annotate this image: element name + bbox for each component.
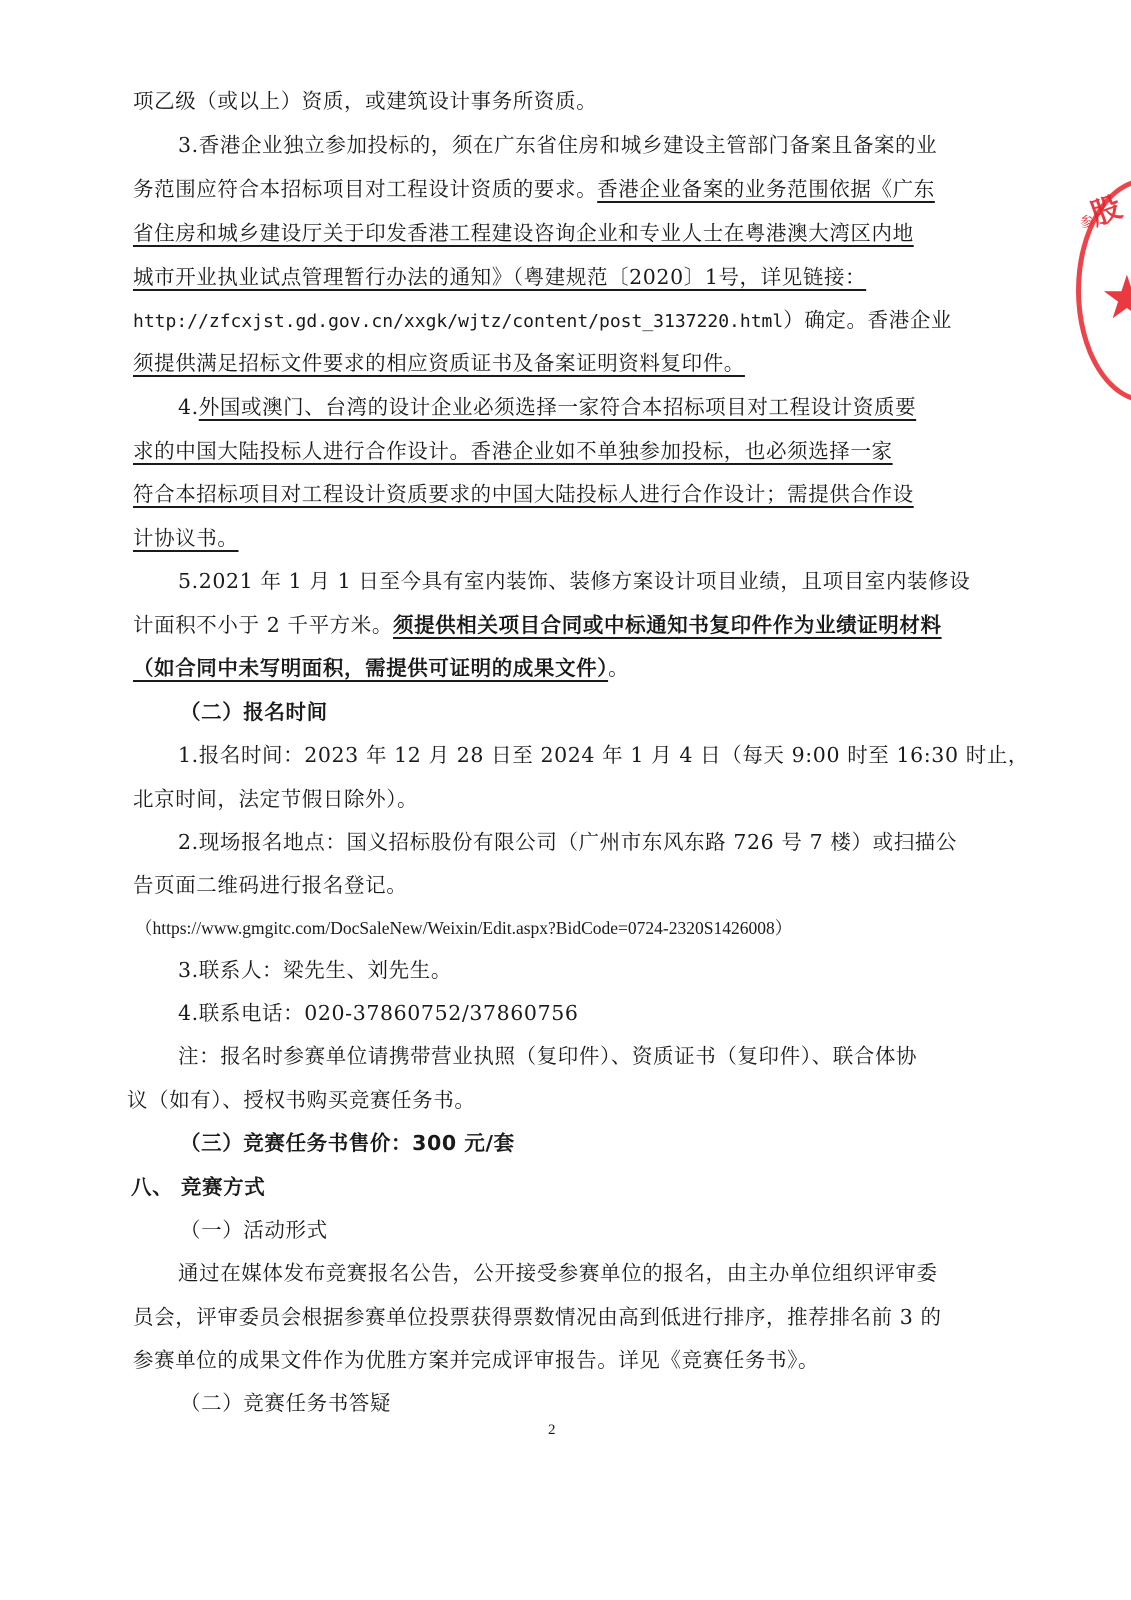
stamp-star-icon: ★ bbox=[1100, 268, 1131, 328]
item-4-line: 符合本招标项目对工程设计资质要求的中国大陆投标人进行合作设计；需提供合作设 bbox=[133, 479, 978, 509]
item-4-line: 计协议书。 bbox=[133, 523, 978, 553]
activity-description-line: 通过在媒体发布竞赛报名公告，公开接受参赛单位的报名，由主办单位组织评审委 bbox=[178, 1258, 978, 1288]
item-3-line: 省住房和城乡建设厅关于印发香港工程建设咨询企业和专业人士在粤港澳大湾区内地 bbox=[133, 218, 978, 248]
chapter-heading-competition-method: 八、 竞赛方式 bbox=[131, 1172, 976, 1202]
document-page: 股 参 ★ 项乙级（或以上）资质，或建筑设计事务所资质。 3.香港企业独立参加投… bbox=[0, 0, 1131, 1600]
registration-link[interactable]: （https://www.gmgitc.com/DocSaleNew/Weixi… bbox=[135, 913, 980, 943]
bold-underlined-text: （如合同中未写明面积，需提供可证明的成果文件） bbox=[133, 656, 608, 680]
page-number: 2 bbox=[548, 1422, 556, 1439]
paragraph-line: 项乙级（或以上）资质，或建筑设计事务所资质。 bbox=[133, 86, 978, 116]
underlined-text: 外国或澳门、台湾的设计企业必须选择一家符合本招标项目对工程设计资质要 bbox=[199, 395, 916, 419]
contact-phone-line: 4.联系电话：020-37860752/37860756 bbox=[178, 998, 978, 1028]
item-5-line: 计面积不小于 2 千平方米。须提供相关项目合同或中标通知书复印件作为业绩证明材料 bbox=[133, 610, 978, 640]
plain-text: 计面积不小于 2 千平方米。 bbox=[133, 613, 393, 637]
subsection-heading-activity-form: （一）活动形式 bbox=[180, 1215, 1025, 1245]
plain-text: 务范围应符合本招标项目对工程设计资质的要求。 bbox=[133, 177, 597, 201]
regulation-link[interactable]: http://zfcxjst.gd.gov.cn/xxgk/wjtz/conte… bbox=[133, 311, 783, 332]
item-4-line: 求的中国大陆投标人进行合作设计。香港企业如不单独参加投标，也必须选择一家 bbox=[133, 436, 978, 466]
registration-time-line: 北京时间，法定节假日除外）。 bbox=[133, 784, 978, 814]
registration-location-line: 告页面二维码进行报名登记。 bbox=[133, 870, 978, 900]
note-line: 议（如有）、授权书购买竞赛任务书。 bbox=[127, 1085, 972, 1115]
registration-time-line: 1.报名时间：2023 年 12 月 28 日至 2024 年 1 月 4 日（… bbox=[178, 740, 978, 770]
activity-description-line: 员会，评审委员会根据参赛单位投票获得票数情况由高到低进行排序，推荐排名前 3 的 bbox=[133, 1302, 978, 1332]
plain-text: ）确定。香港企业 bbox=[783, 308, 952, 332]
item-3-line: 须提供满足招标文件要求的相应资质证书及备案证明资料复印件。 bbox=[133, 348, 978, 378]
item-3-line: 3.香港企业独立参加投标的，须在广东省住房和城乡建设主管部门备案且备案的业 bbox=[178, 130, 978, 160]
plain-text: 。 bbox=[608, 656, 629, 680]
item-3-line: 城市开业执业试点管理暂行办法的通知》（粤建规范〔2020〕1号，详见链接： bbox=[133, 262, 978, 292]
registration-location-line: 2.现场报名地点：国义招标股份有限公司（广州市东风东路 726 号 7 楼）或扫… bbox=[178, 827, 978, 857]
contact-person-line: 3.联系人：梁先生、刘先生。 bbox=[178, 955, 978, 985]
note-line: 注：报名时参赛单位请携带营业执照（复印件）、资质证书（复印件）、联合体协 bbox=[178, 1041, 978, 1071]
item-4-line: 4.外国或澳门、台湾的设计企业必须选择一家符合本招标项目对工程设计资质要 bbox=[178, 392, 978, 422]
item-number: 4. bbox=[178, 395, 199, 419]
underlined-text: 香港企业备案的业务范围依据《广东 bbox=[597, 177, 935, 201]
activity-description-line: 参赛单位的成果文件作为优胜方案并完成评审报告。详见《竞赛任务书》。 bbox=[133, 1345, 978, 1375]
bold-underlined-text: 须提供相关项目合同或中标通知书复印件作为业绩证明材料 bbox=[393, 613, 942, 637]
item-3-line: 务范围应符合本招标项目对工程设计资质的要求。香港企业备案的业务范围依据《广东 bbox=[133, 174, 978, 204]
stamp-fragment: 参 bbox=[1080, 212, 1094, 232]
subsection-heading-qa: （二）竞赛任务书答疑 bbox=[180, 1388, 1025, 1418]
item-3-line: http://zfcxjst.gd.gov.cn/xxgk/wjtz/conte… bbox=[133, 305, 978, 337]
item-5-line: 5.2021 年 1 月 1 日至今具有室内装饰、装修方案设计项目业绩，且项目室… bbox=[178, 566, 978, 596]
section-heading-registration-time: （二）报名时间 bbox=[180, 697, 1025, 727]
section-heading-price: （三）竞赛任务书售价：300 元/套 bbox=[180, 1128, 1025, 1158]
item-5-line: （如合同中未写明面积，需提供可证明的成果文件）。 bbox=[133, 653, 978, 683]
